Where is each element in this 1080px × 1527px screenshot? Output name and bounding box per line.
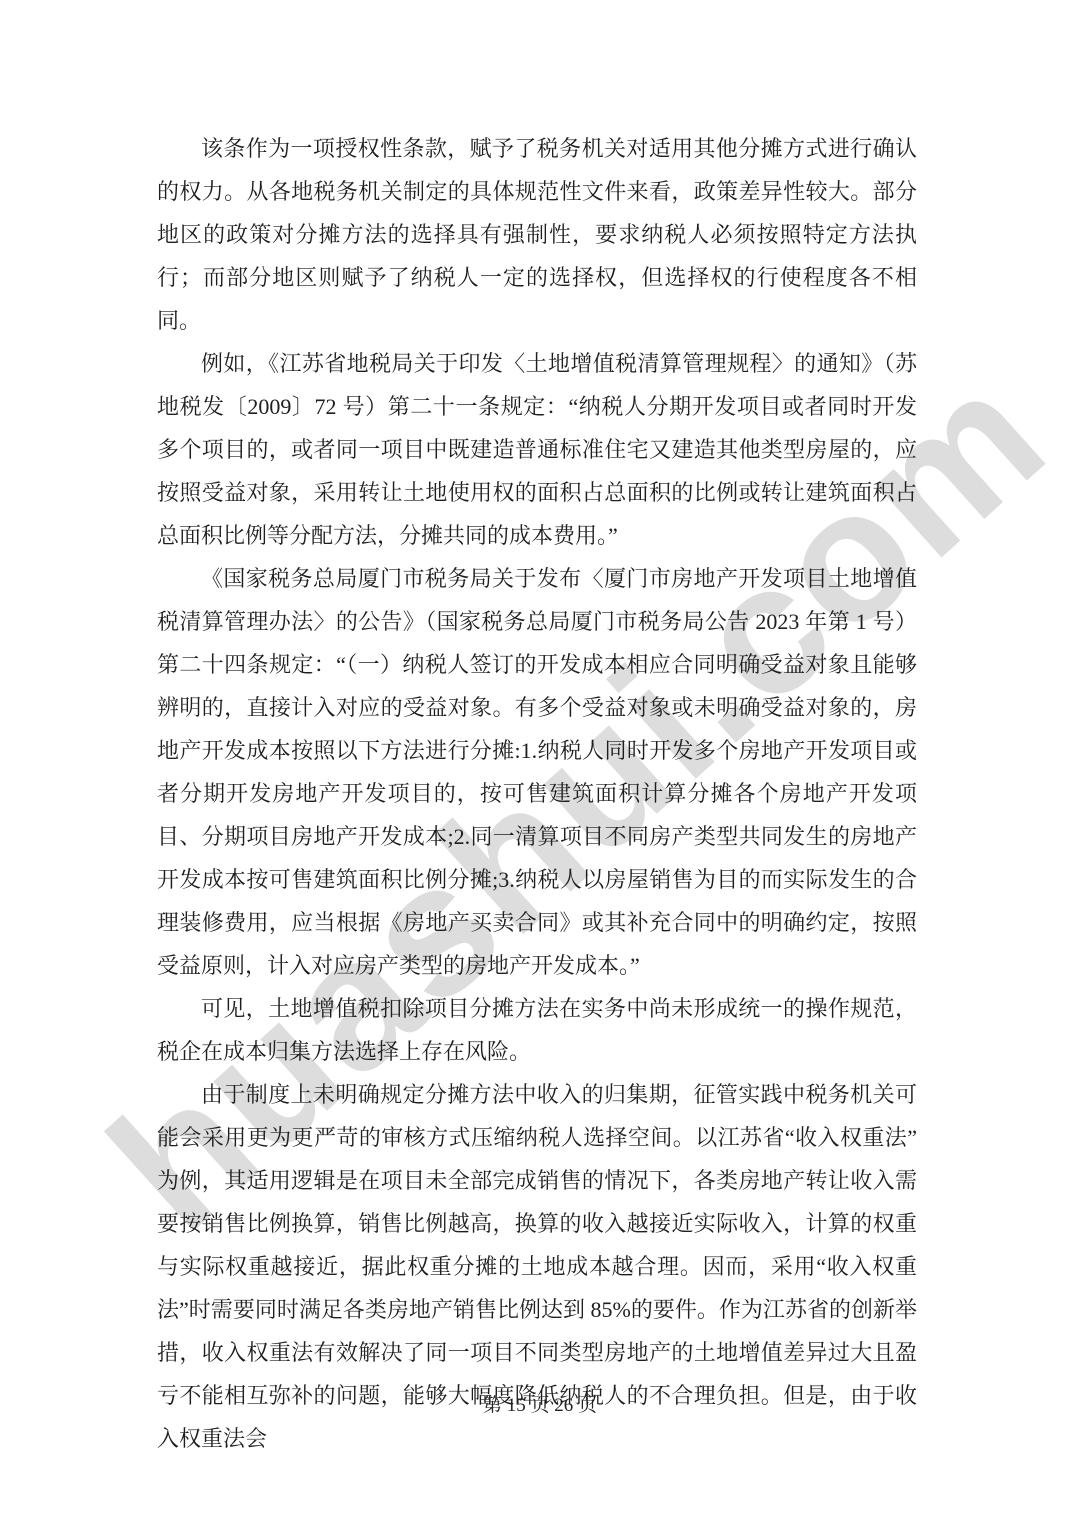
document-body: 该条作为一项授权性条款，赋予了税务机关对适用其他分摊方式进行确认的权力。从各地税… [157, 127, 917, 1460]
document-page: huashui.com 该条作为一项授权性条款，赋予了税务机关对适用其他分摊方式… [0, 0, 1080, 1527]
body-paragraph-1: 该条作为一项授权性条款，赋予了税务机关对适用其他分摊方式进行确认的权力。从各地税… [157, 127, 917, 342]
page-number: 第 15 页 26 页 [0, 1392, 1080, 1420]
body-paragraph-3: 《国家税务总局厦门市税务局关于发布〈厦门市房地产开发项目土地增值税清算管理办法〉… [157, 557, 917, 987]
body-paragraph-4: 可见，土地增值税扣除项目分摊方法在实务中尚未形成统一的操作规范，税企在成本归集方… [157, 987, 917, 1073]
body-paragraph-2: 例如，《江苏省地税局关于印发〈土地增值税清算管理规程〉的通知》（苏地税发〔200… [157, 342, 917, 557]
